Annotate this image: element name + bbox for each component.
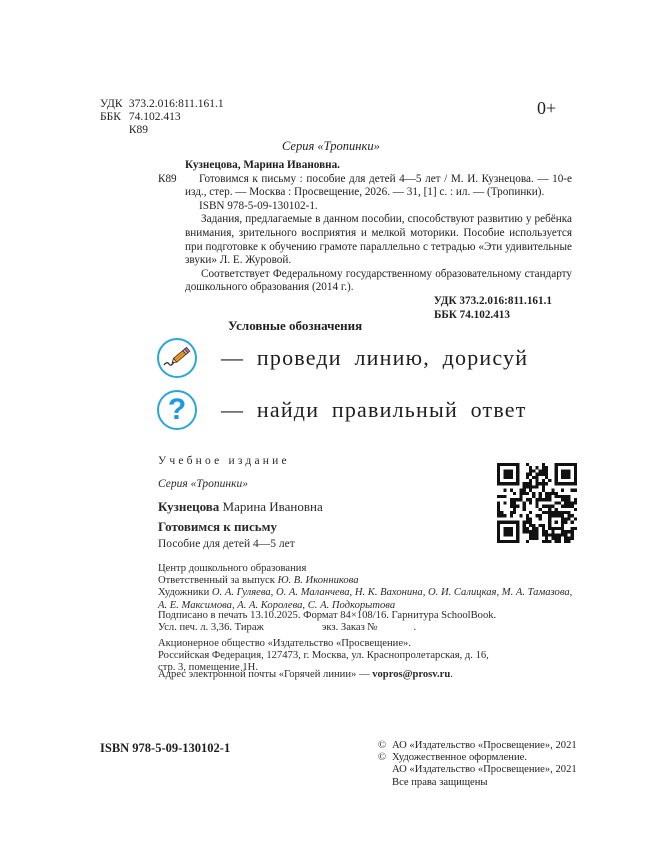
address-line-1: Российская Федерация, 127473, г. Москва,…	[158, 650, 489, 662]
copies-label: экз. Заказ №	[322, 622, 378, 633]
artists-line: Художники О. А. Гуляева, О. А. Маланчева…	[158, 587, 578, 611]
pencil-icon	[157, 338, 197, 378]
legend-text-draw: — проведи линию, дорисуй	[221, 345, 528, 371]
legend-text-answer: — найди правильный ответ	[221, 397, 527, 423]
artists-names: О. А. Гуляева, О. А. Маланчева, Н. К. Ва…	[158, 587, 572, 610]
biblio-author: Кузнецова, Марина Ивановна.	[158, 159, 572, 173]
series-label: Серия «Тропинки»	[282, 139, 380, 154]
author-mark: К89	[129, 124, 148, 137]
udk-value: 373.2.016:811.161.1	[129, 98, 224, 111]
age-rating: 0+	[537, 98, 556, 119]
imprint-author-first: Марина Ивановна	[223, 499, 323, 514]
responsible-line: Ответственный за выпуск Ю. В. Иконникова	[158, 575, 578, 587]
publisher-name: Акционерное общество «Издательство «Прос…	[158, 638, 489, 650]
email-address[interactable]: vopros@prosv.ru	[372, 669, 450, 680]
imprint-title: Готовимся к письму	[158, 519, 277, 535]
copyright-block: ©АО «Издательство «Просвещение», 2021 ©Х…	[378, 740, 577, 789]
biblio-standard: Соответствует Федеральному государственн…	[185, 268, 572, 295]
qr-code-icon	[497, 463, 577, 543]
biblio-entry: К89 Готовимся к письму : пособие для дет…	[158, 173, 572, 200]
copyright-line: Все права защищены	[378, 777, 577, 789]
biblio-isbn: ISBN 978-5-09-130102-1.	[158, 200, 572, 214]
udk-label: УДК	[100, 98, 126, 111]
classification-block: УДК 373.2.016:811.161.1 ББК 74.102.413 К…	[100, 98, 224, 137]
sheets-line: Усл. печ. л. 3,36. Тиражэкз. Заказ №.	[158, 622, 496, 634]
copyright-line: ©Художественное оформление.	[378, 752, 577, 764]
edition-type: Учебное издание	[158, 455, 290, 467]
biblio-udk: УДК 373.2.016:811.161.1	[158, 295, 572, 309]
sheets-label: Усл. печ. л. 3,36. Тираж	[158, 622, 264, 633]
email-label: Адрес электронной почты «Горячей линии» …	[158, 669, 370, 680]
legend-title: Условные обозначения	[228, 318, 362, 334]
copyright-line: ©АО «Издательство «Просвещение», 2021	[378, 740, 577, 752]
imprint-author: Кузнецова Марина Ивановна	[158, 499, 323, 515]
center-name: Центр дошкольного образования	[158, 563, 578, 575]
biblio-annotation: Задания, предлагаемые в данном пособии, …	[185, 213, 572, 267]
legend-item-answer: ? — найди правильный ответ	[157, 390, 527, 430]
print-details: Подписано в печать 13.10.2025. Формат 84…	[158, 610, 496, 634]
biblio-code: К89	[158, 173, 177, 187]
bibliographic-record: Кузнецова, Марина Ивановна. К89 Готовимс…	[158, 159, 572, 322]
responsible-name: Ю. В. Иконникова	[278, 575, 359, 586]
email-line: Адрес электронной почты «Горячей линии» …	[158, 669, 453, 680]
responsible-label: Ответственный за выпуск	[158, 575, 275, 586]
copyright-line: АО «Издательство «Просвещение», 2021	[378, 764, 577, 776]
imprint-subtitle: Пособие для детей 4—5 лет	[158, 538, 295, 550]
biblio-bbk: ББК 74.102.413	[158, 309, 572, 323]
isbn-footer: ISBN 978-5-09-130102-1	[100, 741, 230, 756]
signed-line: Подписано в печать 13.10.2025. Формат 84…	[158, 610, 496, 622]
question-icon: ?	[157, 390, 197, 430]
imprint-series: Серия «Тропинки»	[158, 478, 248, 490]
biblio-entry-text: Готовимся к письму : пособие для детей 4…	[185, 173, 572, 200]
bbk-value: 74.102.413	[129, 111, 181, 124]
imprint-author-last: Кузнецова	[158, 499, 219, 514]
legend-item-draw: — проведи линию, дорисуй	[157, 338, 528, 378]
bbk-label: ББК	[100, 111, 126, 124]
artists-label: Художники	[158, 587, 209, 598]
credits: Центр дошкольного образования Ответствен…	[158, 563, 578, 612]
